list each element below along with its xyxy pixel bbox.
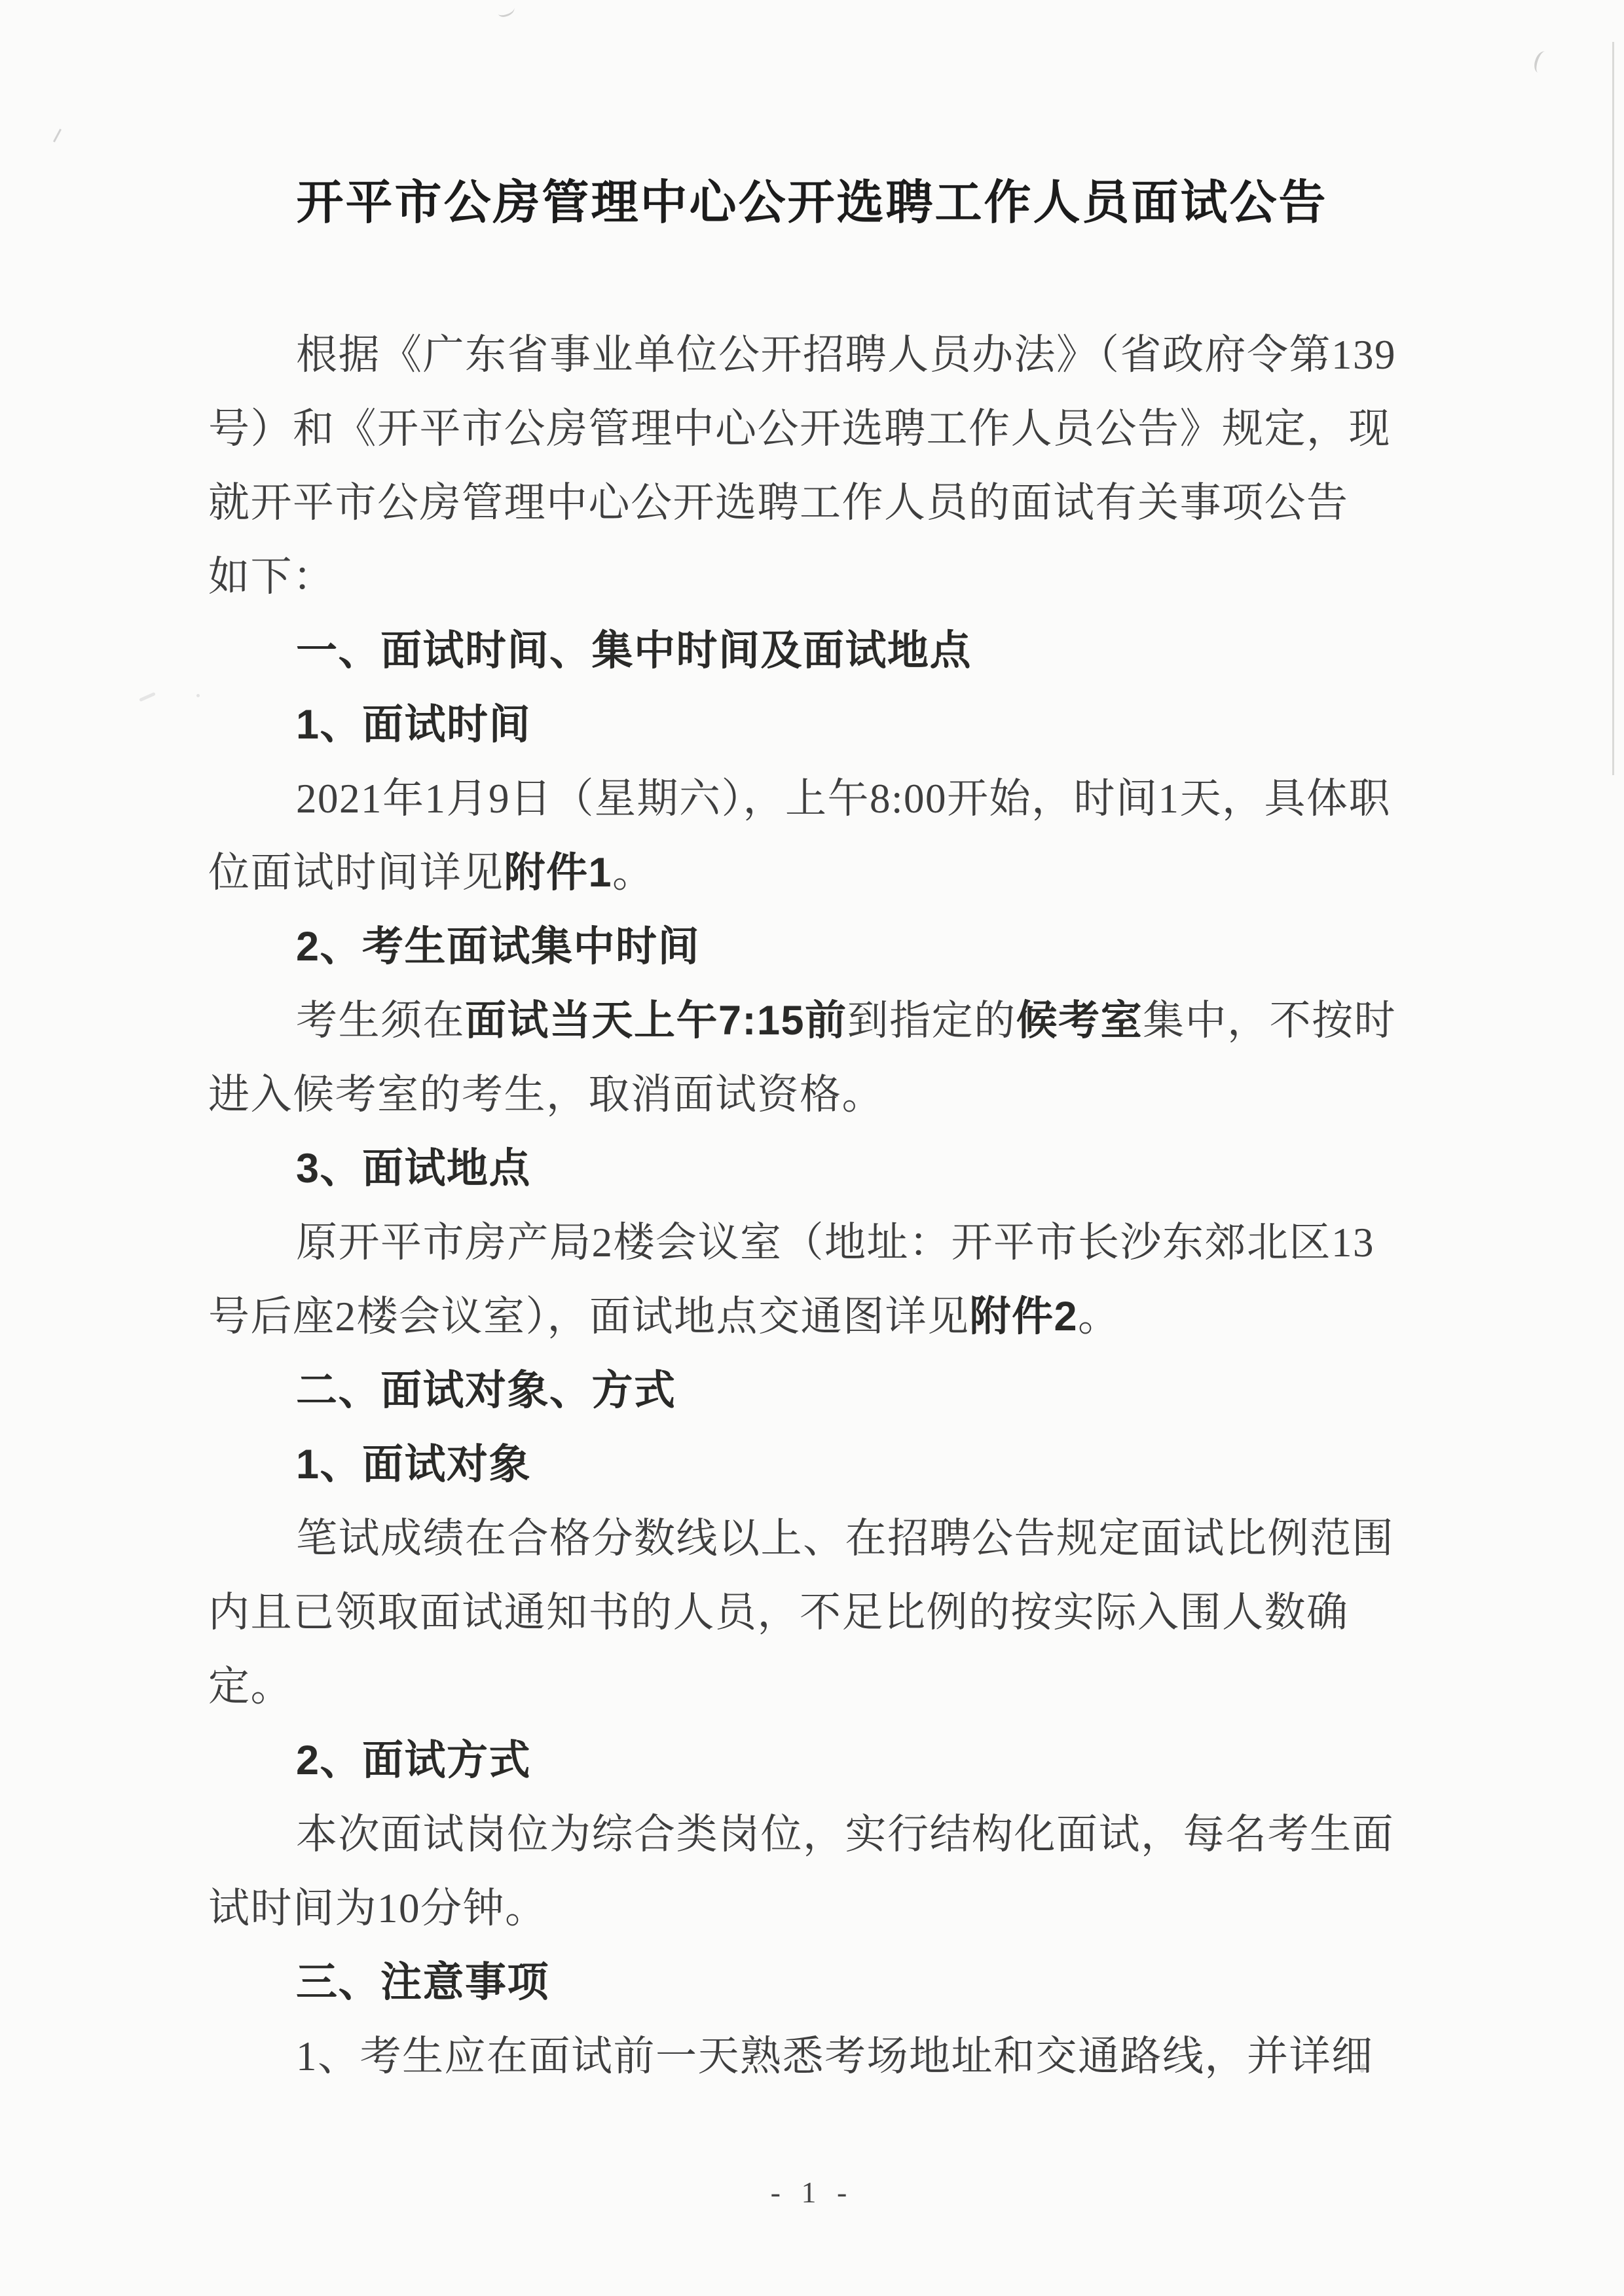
body-line: 定。 — [208, 1650, 1439, 1724]
heading-line: 2、考生面试集中时间 — [208, 910, 1439, 984]
scan-edge-line — [1612, 42, 1614, 775]
bold-text-run: 一、面试时间、集中时间及面试地点 — [296, 628, 972, 674]
page-number: - 1 - — [0, 2175, 1624, 2210]
body-line: 如下： — [208, 540, 1439, 614]
heading-line: 1、面试时间 — [208, 688, 1439, 762]
heading-line: 3、面试地点 — [208, 1132, 1439, 1206]
text-run: 考生须在 — [296, 998, 465, 1044]
text-run: 试时间为10分钟。 — [208, 1886, 547, 1931]
body-line: 号）和《开平市公房管理中心公开选聘工作人员公告》规定，现 — [208, 392, 1439, 466]
text-run: 内且已领取面试通知书的人员，不足比例的按实际入围人数确 — [208, 1590, 1349, 1635]
body-line: 内且已领取面试通知书的人员，不足比例的按实际入围人数确 — [208, 1576, 1439, 1650]
scan-artifact — [1532, 50, 1551, 75]
body-line: 本次面试岗位为综合类岗位，实行结构化面试，每名考生面 — [208, 1798, 1439, 1872]
bold-text-run: 候考室 — [1016, 998, 1143, 1044]
body-line: 2021年1月9日（星期六），上午8:00开始，时间1天，具体职 — [208, 762, 1439, 836]
text-run: 集中，不按时 — [1143, 998, 1396, 1044]
body-line: 就开平市公房管理中心公开选聘工作人员的面试有关事项公告 — [208, 466, 1439, 540]
bold-text-run: 3、面试地点 — [296, 1146, 531, 1192]
bold-text-run: 三、注意事项 — [296, 1959, 549, 2005]
bold-text-run: 1、面试时间 — [296, 702, 531, 748]
bold-text-run: 附件1 — [504, 850, 613, 896]
text-run: 位面试时间详见 — [208, 850, 504, 896]
scan-artifact — [196, 694, 200, 697]
text-run: 。 — [1078, 1294, 1120, 1339]
text-run: 2021年1月9日（星期六），上午8:00开始，时间1天，具体职 — [296, 776, 1391, 822]
heading-line: 2、面试方式 — [208, 1724, 1439, 1798]
bold-text-run: 附件2 — [970, 1294, 1079, 1339]
text-run: 1、考生应在面试前一天熟悉考场地址和交通路线，并详细 — [296, 2033, 1374, 2079]
text-run: 原开平市房产局2楼会议室（地址：开平市长沙东郊北区13 — [296, 1220, 1375, 1266]
body-line: 笔试成绩在合格分数线以上、在招聘公告规定面试比例范围 — [208, 1502, 1439, 1576]
body-line: 1、考生应在面试前一天熟悉考场地址和交通路线，并详细 — [208, 2020, 1439, 2094]
heading-line: 二、面试对象、方式 — [208, 1354, 1439, 1428]
bold-text-run: 二、面试对象、方式 — [296, 1368, 676, 1413]
body-line: 根据《广东省事业单位公开招聘人员办法》（省政府令第139 — [208, 318, 1439, 392]
text-run: 就开平市公房管理中心公开选聘工作人员的面试有关事项公告 — [208, 480, 1349, 526]
scan-artifact — [139, 692, 156, 702]
body-line: 考生须在面试当天上午7:15前到指定的候考室集中，不按时 — [208, 984, 1439, 1058]
bold-text-run: 1、面试对象 — [296, 1442, 531, 1487]
scanned-document-page: 开平市公房管理中心公开选聘工作人员面试公告 根据《广东省事业单位公开招聘人员办法… — [0, 0, 1624, 2296]
body-line: 号后座2楼会议室），面试地点交通图详见附件2。 — [208, 1280, 1439, 1354]
text-run: 。 — [612, 850, 655, 896]
body-line: 进入候考室的考生，取消面试资格。 — [208, 1058, 1439, 1132]
text-run: 进入候考室的考生，取消面试资格。 — [208, 1072, 884, 1118]
text-run: 根据《广东省事业单位公开招聘人员办法》（省政府令第139 — [296, 332, 1396, 378]
text-run: 号后座2楼会议室），面试地点交通图详见 — [208, 1294, 970, 1339]
heading-line: 一、面试时间、集中时间及面试地点 — [208, 614, 1439, 688]
text-run: 如下： — [208, 554, 335, 600]
heading-line: 三、注意事项 — [208, 1946, 1439, 2020]
body-line: 位面试时间详见附件1。 — [208, 836, 1439, 910]
scan-artifact — [496, 3, 515, 18]
text-run: 号）和《开平市公房管理中心公开选聘工作人员公告》规定，现 — [208, 406, 1391, 452]
heading-line: 1、面试对象 — [208, 1428, 1439, 1502]
bold-text-run: 面试当天上午7:15前 — [465, 998, 847, 1044]
bold-text-run: 2、考生面试集中时间 — [296, 924, 700, 970]
document-body: 根据《广东省事业单位公开招聘人员办法》（省政府令第139号）和《开平市公房管理中… — [208, 318, 1439, 2094]
text-run: 本次面试岗位为综合类岗位，实行结构化面试，每名考生面 — [296, 1812, 1394, 1857]
text-run: 定。 — [208, 1664, 293, 1709]
bold-text-run: 2、面试方式 — [296, 1738, 531, 1783]
text-run: 到指定的 — [847, 998, 1016, 1044]
scan-artifact — [53, 129, 62, 143]
document-title: 开平市公房管理中心公开选聘工作人员面试公告 — [0, 175, 1624, 230]
body-line: 原开平市房产局2楼会议室（地址：开平市长沙东郊北区13 — [208, 1206, 1439, 1280]
body-line: 试时间为10分钟。 — [208, 1872, 1439, 1946]
text-run: 笔试成绩在合格分数线以上、在招聘公告规定面试比例范围 — [296, 1516, 1394, 1561]
